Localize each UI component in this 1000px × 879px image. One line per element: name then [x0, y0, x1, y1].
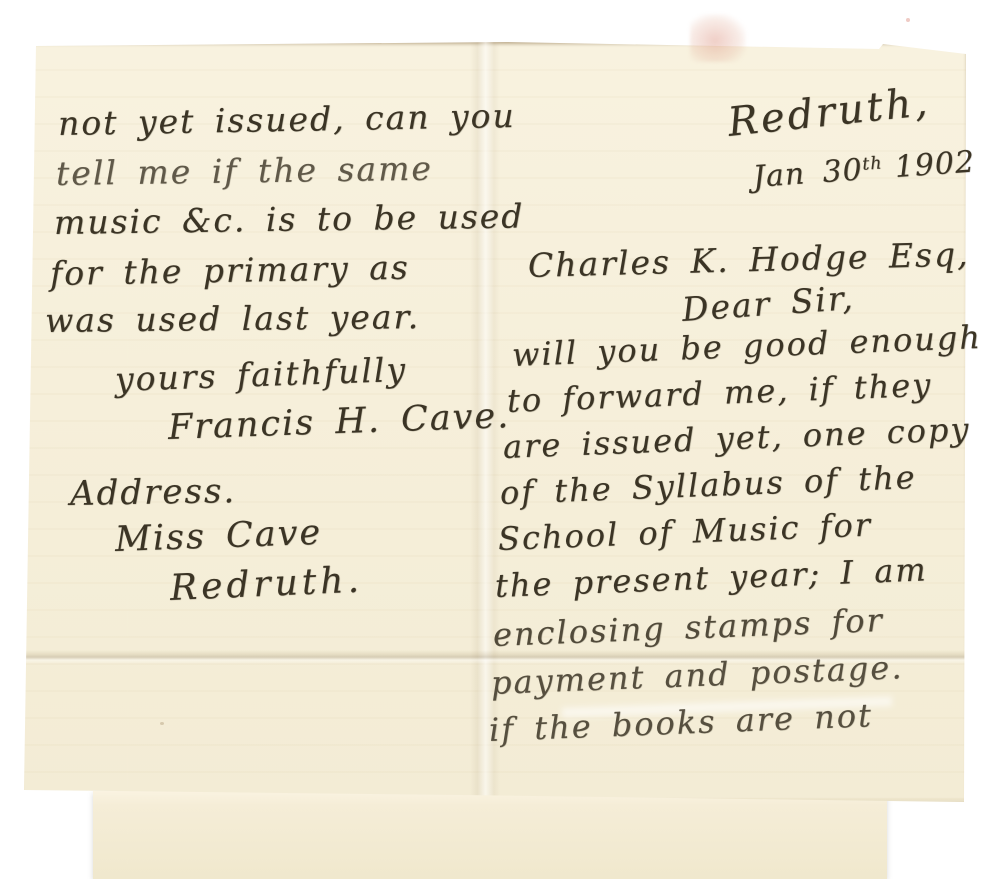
- address-label: Address.: [70, 471, 237, 514]
- bottom-fold-flap: [93, 791, 887, 879]
- handwriting-line: tell me if the same: [56, 149, 433, 193]
- date-ordinal-suffix: th: [862, 153, 884, 174]
- paper-speck: [160, 722, 164, 725]
- paper-speck: [906, 18, 910, 22]
- handwriting-line: for the primary as: [50, 248, 410, 293]
- letter-scan: not yet issued, can you tell me if the s…: [0, 0, 1000, 879]
- date-year: 1902: [894, 145, 977, 186]
- handwriting-line: music &c. is to be used: [54, 196, 525, 242]
- handwriting-line: not yet issued, can you: [58, 96, 516, 143]
- address-line: Miss Cave: [114, 513, 322, 560]
- address-line: Redruth.: [169, 560, 364, 609]
- pink-stain: [690, 14, 746, 62]
- handwriting-line: was used last year.: [45, 297, 420, 340]
